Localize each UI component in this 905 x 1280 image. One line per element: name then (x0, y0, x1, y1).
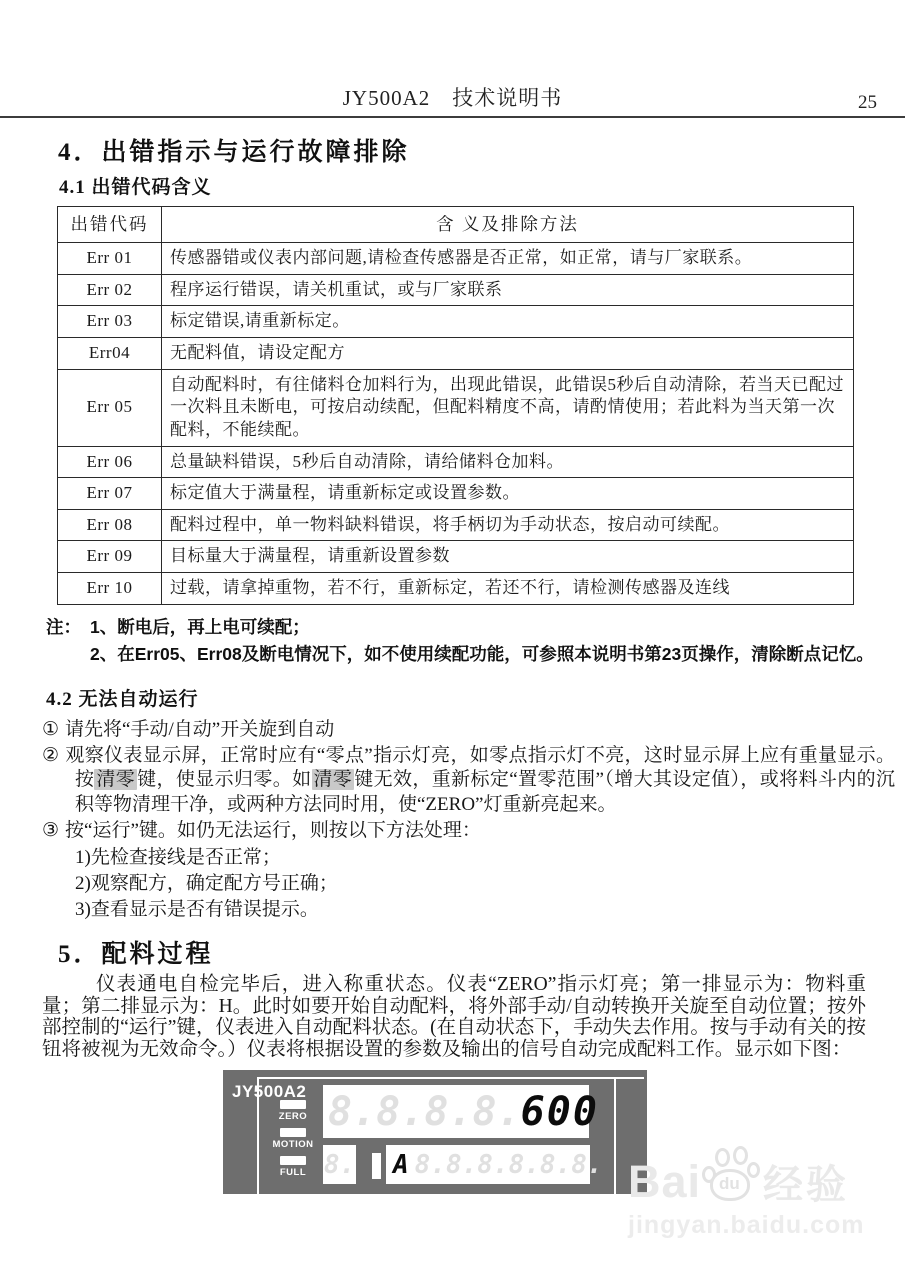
table-row: Err 07 标定值大于满量程，请重新标定或设置参数。 (58, 478, 854, 510)
error-desc: 自动配料时，有往储料仓加料行为，出现此错误，此错误5秒后自动清除，若当天已配过一… (162, 369, 854, 446)
table-row: Err 08 配料过程中，单一物料缺料错误，将手柄切为手动状态，按启动可续配。 (58, 509, 854, 541)
sub-item-2: 2)观察配方，确定配方号正确； (75, 871, 866, 897)
note-item-1: 1、断电后，再上电可续配； (90, 614, 310, 641)
full-label: FULL (267, 1167, 319, 1178)
watermark-brand-prefix: Bai (628, 1161, 701, 1204)
error-desc: 程序运行错误，请关机重试，或与厂家联系 (162, 274, 854, 306)
table-row: Err 03 标定错误,请重新标定。 (58, 306, 854, 338)
clear-zero-key: 清零 (312, 769, 355, 790)
error-code: Err04 (58, 338, 162, 370)
section-5-title: 5．配料过程 (58, 934, 866, 970)
circled-1-marker: ① (42, 719, 65, 740)
list-item-3: ③按“运行”键。如仍无法运行，则按以下方法处理： (42, 819, 895, 843)
document-title: JY500A2 技术说明书 (0, 82, 905, 112)
col-header-meaning: 含 义及排除方法 (162, 207, 854, 243)
full-led-icon (280, 1156, 306, 1165)
header-rule (0, 116, 905, 118)
table-row: Err 01 传感器错或仪表内部问题,请检查传感器是否正常，如正常，请与厂家联系… (58, 243, 854, 275)
table-row: Err 05 自动配料时，有往储料仓加料行为，出现此错误，此错误5秒后自动清除，… (58, 369, 854, 446)
device-panel-figure: JY500A2 ZERO MOTION FULL 8.8.8.8. 600 8. (223, 1070, 647, 1194)
section-5-paragraph: 仪表通电自检完毕后，进入称重状态。仪表“ZERO”指示灯亮；第一排显示为：物料重… (42, 974, 866, 1060)
circled-3-marker: ③ (42, 820, 65, 841)
display2-ghost-digits: 8.8.8.8.8.8. (415, 1150, 603, 1180)
full-indicator: FULL (267, 1156, 319, 1178)
display-row-2-left: 8. (323, 1145, 356, 1184)
error-code: Err 10 (58, 572, 162, 604)
display-row-1: 8.8.8.8. 600 (323, 1085, 589, 1138)
table-row: Err04 无配料值，请设定配方 (58, 338, 854, 370)
table-row: Err 06 总量缺料错误，5秒后自动清除，请给储料仓加料。 (58, 446, 854, 478)
display1-ghost-digits: 8.8.8.8. (328, 1089, 521, 1135)
list-item-1-text: 请先将“手动/自动”开关旋到自动 (65, 719, 334, 740)
error-code: Err 06 (58, 446, 162, 478)
motion-indicator: MOTION (267, 1128, 319, 1150)
error-desc: 标定错误,请重新标定。 (162, 306, 854, 338)
display2-left-ghost: 8. (324, 1150, 355, 1180)
device-model-label: JY500A2 (232, 1082, 306, 1102)
section-4-2-title: 4.2 无法自动运行 (46, 684, 866, 711)
table-row: Err 09 目标量大于满量程，请重新设置参数 (58, 541, 854, 573)
display-separator-bar (372, 1153, 381, 1179)
note-label: 注： (46, 614, 90, 641)
display2-value: A (393, 1150, 409, 1180)
list-item-2-text-b: 键，使显示归零。如 (137, 769, 311, 790)
error-code: Err 03 (58, 306, 162, 338)
error-code-table: 出错代码 含 义及排除方法 Err 01 传感器错或仪表内部问题,请检查传感器是… (57, 206, 854, 605)
sub-item-3: 3)查看显示是否有错误提示。 (75, 897, 866, 923)
error-desc: 无配料值，请设定配方 (162, 338, 854, 370)
table-row: Err 10 过载，请拿掉重物，若不行，重新标定，若还不行，请检测传感器及连线 (58, 572, 854, 604)
list-item-1: ①请先将“手动/自动”开关旋到自动 (42, 718, 895, 742)
list-item-3-text: 按“运行”键。如仍无法运行，则按以下方法处理： (65, 820, 481, 841)
error-code: Err 05 (58, 369, 162, 446)
page-number: 25 (858, 92, 877, 114)
display1-value: 600 (521, 1089, 599, 1135)
error-desc: 标定值大于满量程，请重新标定或设置参数。 (162, 478, 854, 510)
notes-block: 注： 1、断电后，再上电可续配； 2、在Err05、Err08及断电情况下，如不… (46, 614, 866, 668)
display-row-2-main: A 8.8.8.8.8.8. (386, 1145, 590, 1184)
watermark-brand-cn: 经验 (763, 1166, 849, 1204)
page-content: 4．出错指示与运行故障排除 4.1 出错代码含义 出错代码 含 义及排除方法 E… (42, 126, 866, 1194)
section-4-title: 4．出错指示与运行故障排除 (58, 132, 866, 168)
table-header-row: 出错代码 含 义及排除方法 (58, 207, 854, 243)
error-code: Err 09 (58, 541, 162, 573)
error-desc: 传感器错或仪表内部问题,请检查传感器是否正常，如正常，请与厂家联系。 (162, 243, 854, 275)
clear-zero-key: 清零 (94, 769, 137, 790)
baidu-paw-icon: du (702, 1146, 760, 1204)
error-code: Err 01 (58, 243, 162, 275)
panel-right-line (614, 1077, 616, 1194)
table-row: Err 02 程序运行错误，请关机重试，或与厂家联系 (58, 274, 854, 306)
watermark-brand-inner: du (719, 1174, 740, 1194)
watermark-url: jingyan.baidu.com (628, 1211, 904, 1240)
note-line: 注： 1、断电后，再上电可续配； (46, 614, 866, 641)
error-desc: 目标量大于满量程，请重新设置参数 (162, 541, 854, 573)
motion-label: MOTION (267, 1139, 319, 1150)
sub-item-1: 1)先检查接线是否正常； (75, 845, 866, 871)
error-desc: 过载，请拿掉重物，若不行，重新标定，若还不行，请检测传感器及连线 (162, 572, 854, 604)
zero-led-icon (280, 1100, 306, 1109)
col-header-code: 出错代码 (58, 207, 162, 243)
error-code: Err 08 (58, 509, 162, 541)
motion-led-icon (280, 1128, 306, 1137)
zero-indicator: ZERO (267, 1100, 319, 1122)
indicator-column: ZERO MOTION FULL (267, 1100, 319, 1184)
error-code: Err 02 (58, 274, 162, 306)
error-code: Err 07 (58, 478, 162, 510)
circled-2-marker: ② (42, 745, 65, 766)
list-item-2: ②观察仪表显示屏，正常时应有“零点”指示灯亮，如零点指示灯不亮，这时显示屏上应有… (42, 744, 895, 817)
watermark: Bai du 经验 jingyan.baidu.com (628, 1146, 904, 1240)
error-desc: 配料过程中，单一物料缺料错误，将手柄切为手动状态，按启动可续配。 (162, 509, 854, 541)
zero-label: ZERO (267, 1111, 319, 1122)
note-item-2: 2、在Err05、Err08及断电情况下，如不使用续配功能，可参照本说明书第23… (90, 641, 897, 668)
watermark-brand-row: Bai du 经验 (628, 1146, 904, 1204)
section-4-1-title: 4.1 出错代码含义 (59, 172, 866, 199)
error-desc: 总量缺料错误，5秒后自动清除，请给储料仓加料。 (162, 446, 854, 478)
panel-top-line (257, 1077, 644, 1079)
page-header: JY500A2 技术说明书 25 (0, 82, 905, 116)
